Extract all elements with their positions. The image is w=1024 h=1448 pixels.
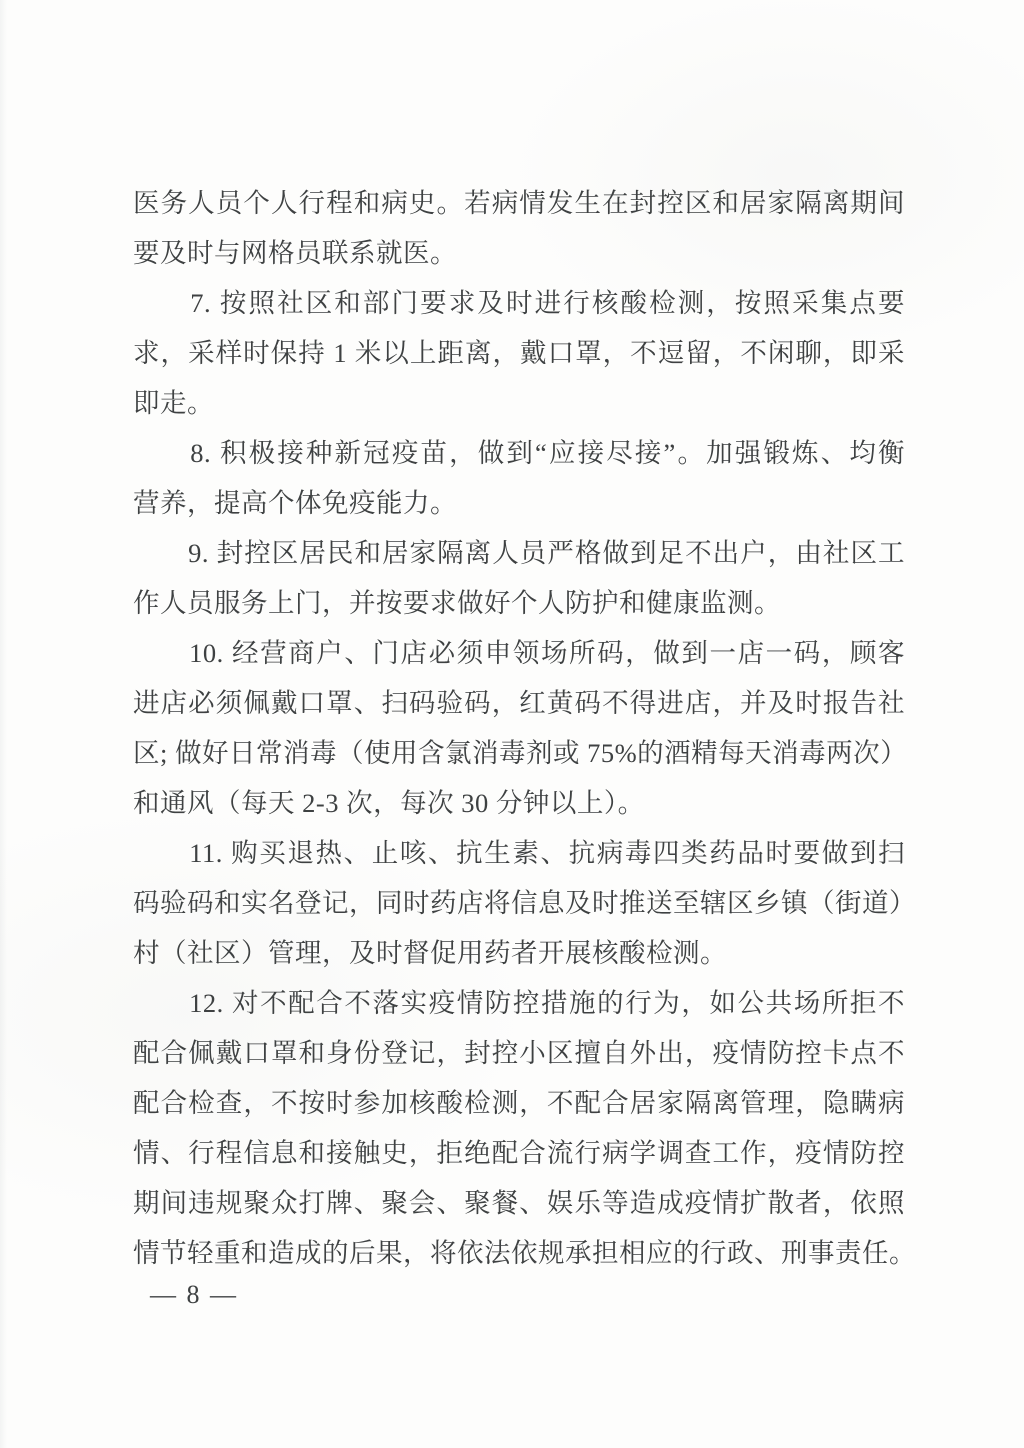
paragraph: 9. 封控区居民和居家隔离人员严格做到足不出户，由社区工作人员服务上门，并按要求… xyxy=(133,528,905,628)
paragraph: 8. 积极接种新冠疫苗，做到“应接尽接”。加强锻炼、均衡营养，提高个体免疫能力。 xyxy=(133,428,905,528)
text-line: 8. 积极接种新冠疫苗，做到“应接尽接”。加强锻炼、均衡 xyxy=(133,428,905,478)
text-line: 进店必须佩戴口罩、扫码验码，红黄码不得进店，并及时报告社 xyxy=(133,678,905,728)
text-line: 12. 对不配合不落实疫情防控措施的行为，如公共场所拒不 xyxy=(133,978,905,1028)
text-line: 配合检查，不按时参加核酸检测，不配合居家隔离管理，隐瞒病 xyxy=(133,1078,905,1128)
text-line: 10. 经营商户、门店必须申领场所码，做到一店一码，顾客 xyxy=(133,628,905,678)
text-line: 村（社区）管理，及时督促用药者开展核酸检测。 xyxy=(133,928,905,978)
text-line: 和通风（每天 2-3 次，每次 30 分钟以上）。 xyxy=(133,778,905,828)
text-line: 11. 购买退热、止咳、抗生素、抗病毒四类药品时要做到扫 xyxy=(133,828,905,878)
text-line: 码验码和实名登记，同时药店将信息及时推送至辖区乡镇（街道） xyxy=(133,878,905,928)
paragraph: 11. 购买退热、止咳、抗生素、抗病毒四类药品时要做到扫码验码和实名登记，同时药… xyxy=(133,828,905,978)
page-number: — 8 — xyxy=(150,1272,238,1318)
text-line: 作人员服务上门，并按要求做好个人防护和健康监测。 xyxy=(133,578,905,628)
text-line: 情节轻重和造成的后果，将依法依规承担相应的行政、刑事责任。 xyxy=(133,1228,905,1278)
text-line: 9. 封控区居民和居家隔离人员严格做到足不出户，由社区工 xyxy=(133,528,905,578)
paragraph: 12. 对不配合不落实疫情防控措施的行为，如公共场所拒不配合佩戴口罩和身份登记，… xyxy=(133,978,905,1278)
paragraph: 医务人员个人行程和病史。若病情发生在封控区和居家隔离期间要及时与网格员联系就医。 xyxy=(133,178,905,278)
document-page: { "document": { "paragraphs": [ { "lines… xyxy=(0,0,1024,1448)
text-line: 期间违规聚众打牌、聚会、聚餐、娱乐等造成疫情扩散者，依照 xyxy=(133,1178,905,1228)
paragraph: 7. 按照社区和部门要求及时进行核酸检测，按照采集点要求，采样时保持 1 米以上… xyxy=(133,278,905,428)
text-line: 求，采样时保持 1 米以上距离，戴口罩，不逗留，不闲聊，即采 xyxy=(133,328,905,378)
text-line: 医务人员个人行程和病史。若病情发生在封控区和居家隔离期间 xyxy=(133,178,905,228)
text-line: 情、行程信息和接触史，拒绝配合流行病学调查工作，疫情防控 xyxy=(133,1128,905,1178)
page-content: 医务人员个人行程和病史。若病情发生在封控区和居家隔离期间要及时与网格员联系就医。… xyxy=(133,178,905,1278)
text-line: 7. 按照社区和部门要求及时进行核酸检测，按照采集点要 xyxy=(133,278,905,328)
text-line: 即走。 xyxy=(133,378,905,428)
text-line: 营养，提高个体免疫能力。 xyxy=(133,478,905,528)
text-line: 区; 做好日常消毒（使用含氯消毒剂或 75%的酒精每天消毒两次） xyxy=(133,728,905,778)
text-line: 配合佩戴口罩和身份登记，封控小区擅自外出，疫情防控卡点不 xyxy=(133,1028,905,1078)
paragraph: 10. 经营商户、门店必须申领场所码，做到一店一码，顾客进店必须佩戴口罩、扫码验… xyxy=(133,628,905,828)
text-line: 要及时与网格员联系就医。 xyxy=(133,228,905,278)
